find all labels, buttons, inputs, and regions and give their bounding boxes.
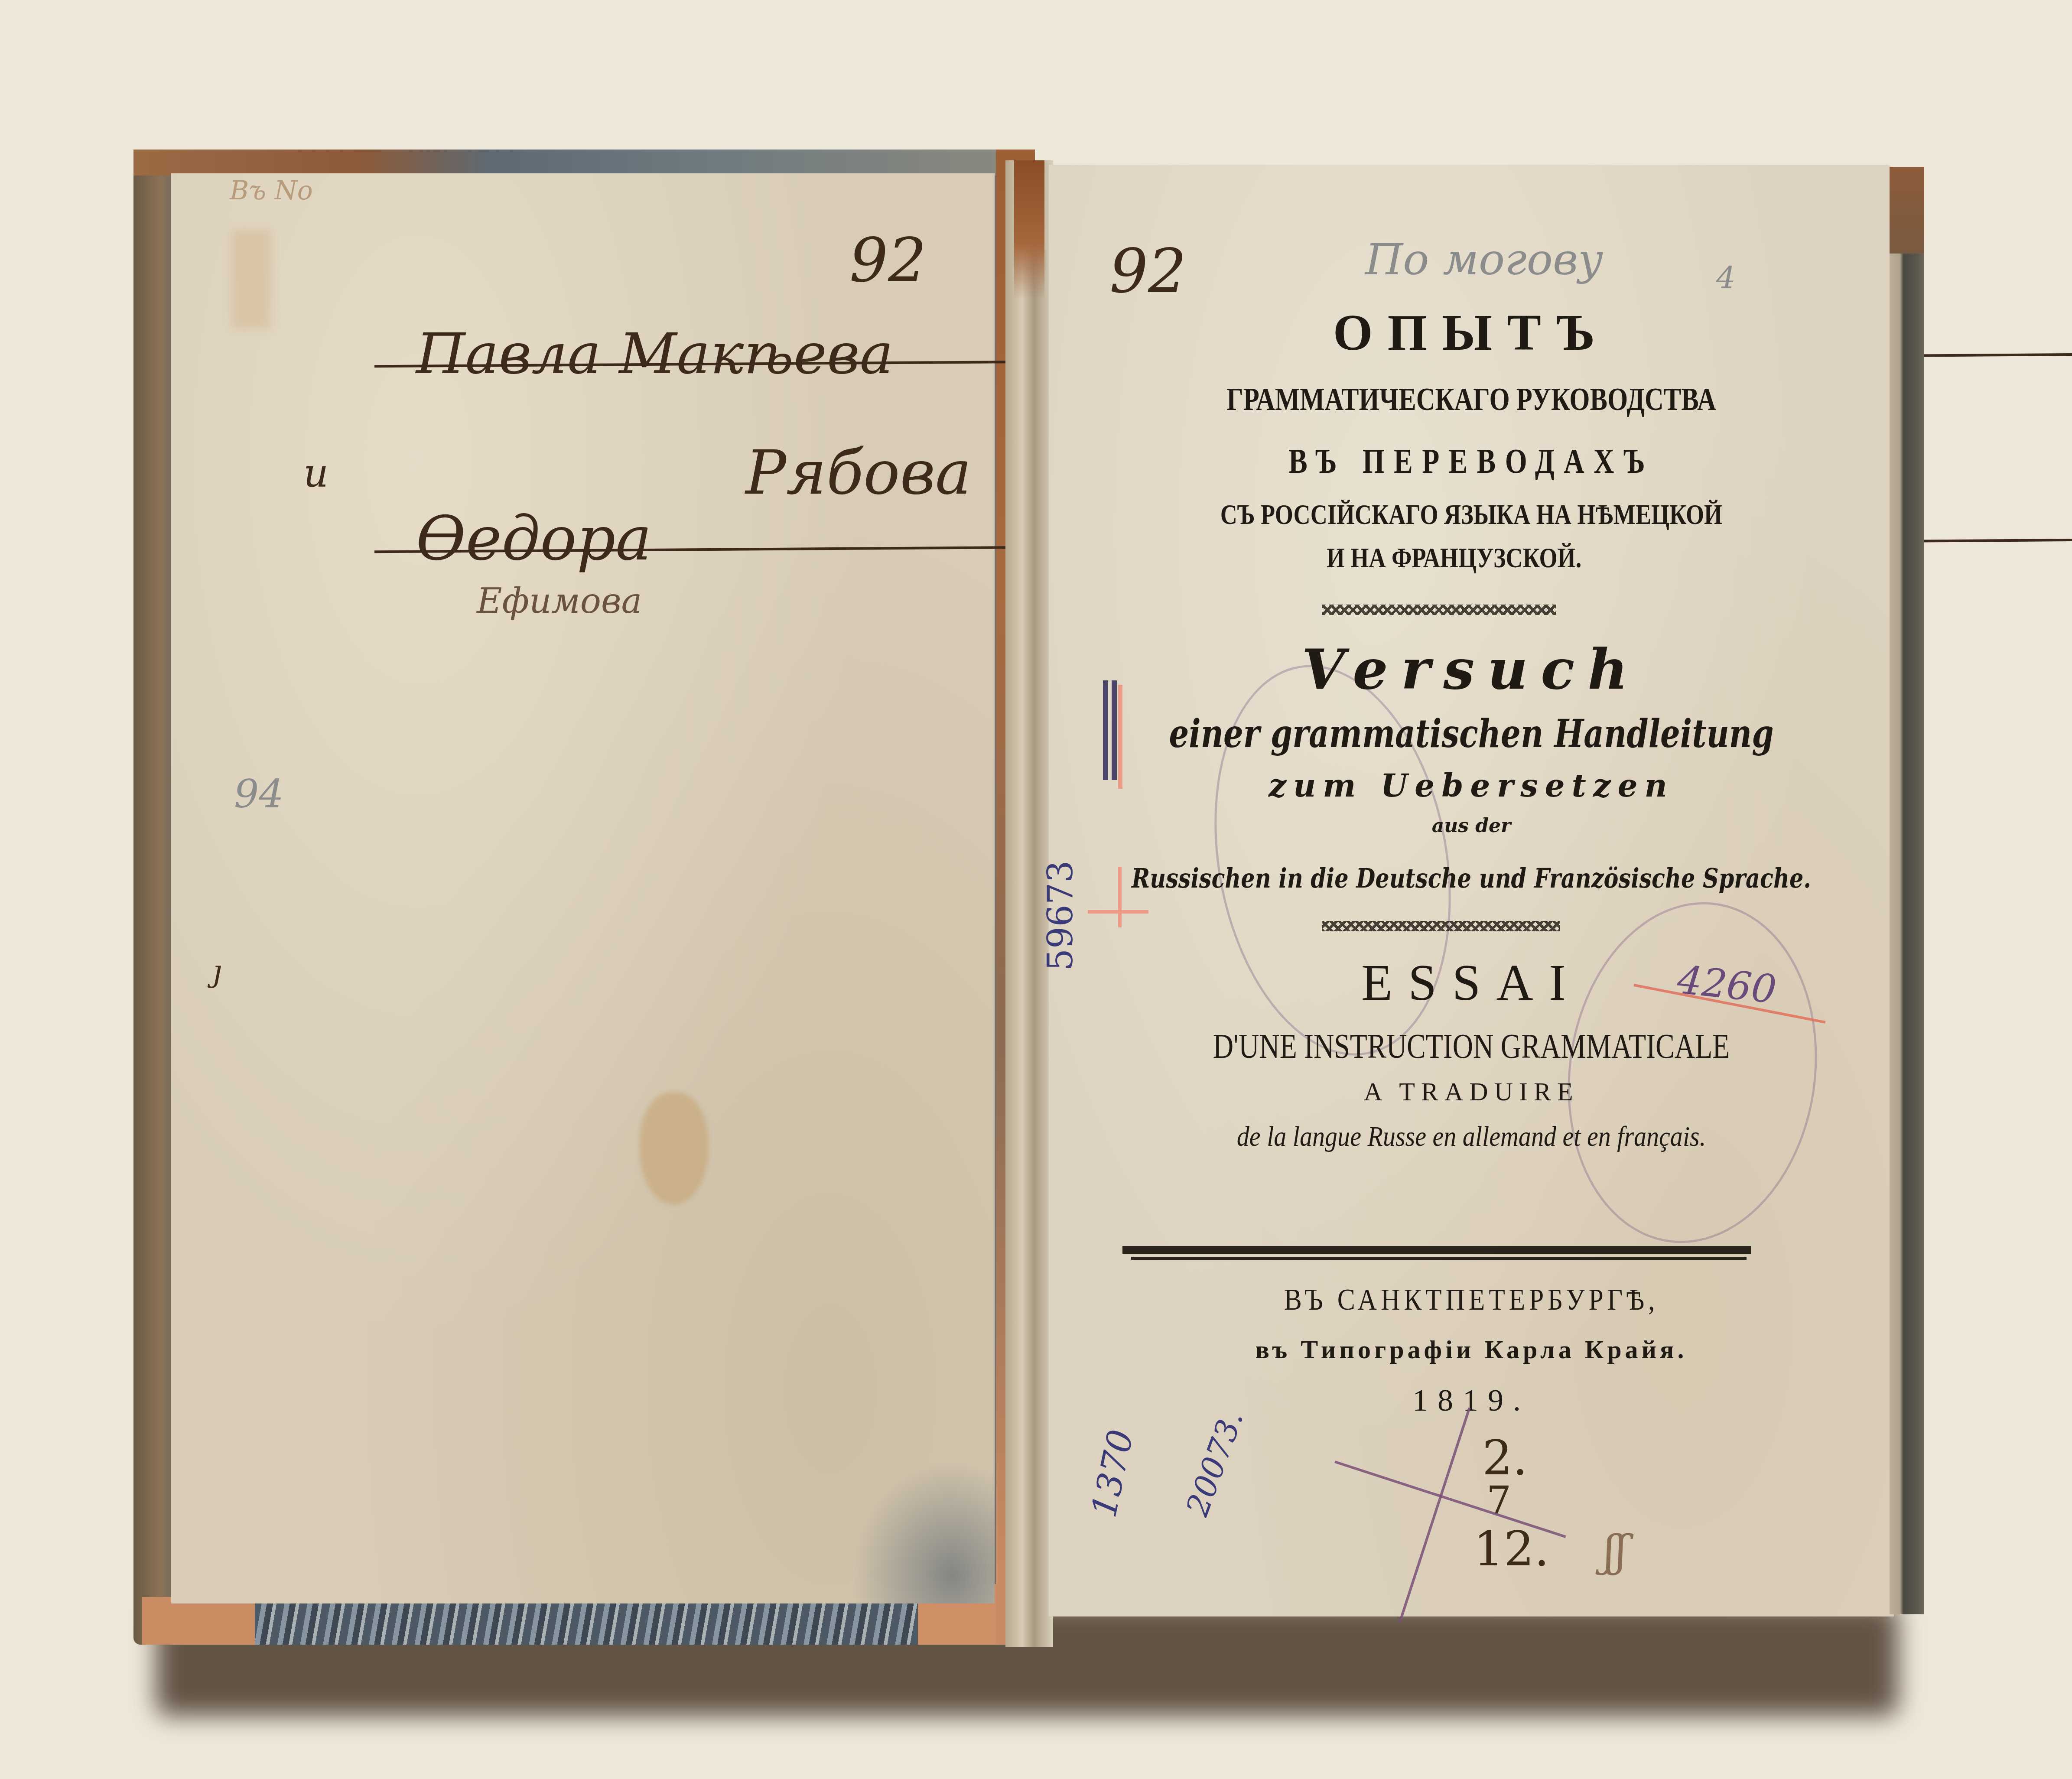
margin-vertical-number: 59673	[1040, 861, 1080, 971]
glue-stain	[232, 230, 271, 329]
fraction-top: 2.	[1482, 1430, 1528, 1486]
german-subtitle-1: einer grammatischen Handleitung	[1133, 711, 1809, 757]
margin-strike-red	[1118, 685, 1122, 789]
stray-ink-mark: ȷ	[212, 953, 222, 989]
french-subtitle-3: de la langue Russe en allemand et en fra…	[1099, 1120, 1843, 1153]
corner-note: Въ No	[230, 176, 313, 206]
ornamental-rule-1	[1322, 605, 1556, 615]
imprint-year: 1819.	[1049, 1382, 1894, 1418]
pencil-corner-number: 4	[1716, 260, 1736, 296]
right-cover-edge	[1890, 167, 1924, 1614]
fraction-bottom: 12.	[1473, 1521, 1549, 1577]
spine-leather-tear	[1014, 160, 1044, 299]
german-title: Versuch	[1049, 637, 1894, 702]
margin-strike-blue-2	[1112, 680, 1117, 780]
owner-patronymic: Ефимова	[477, 581, 642, 621]
russian-title: ОПЫТЪ	[1049, 303, 1894, 362]
pencil-inscription: По могову	[1365, 234, 1603, 285]
russian-subtitle-1: ГРАММАТИЧЕСКАГО РУКОВОДСТВА	[1125, 381, 1818, 418]
owner-prefix: и	[303, 451, 329, 496]
left-pastedown-page	[171, 173, 995, 1603]
double-rule-thin	[1131, 1257, 1747, 1260]
cover-leather-top	[133, 150, 1035, 176]
double-rule-thick	[1122, 1246, 1751, 1254]
margin-strike-blue-1	[1103, 680, 1108, 780]
scribble-right: ʃʃ	[1604, 1525, 1627, 1576]
german-subtitle-3: aus der	[1049, 815, 1894, 837]
marble-bleed-through	[852, 1460, 995, 1603]
red-cross-vertical	[1118, 867, 1122, 927]
imprint-city: ВЪ САНКТПЕТЕРБУРГѢ,	[1099, 1283, 1843, 1317]
russian-subtitle-3: СЪ РОССІЙСКАГО ЯЗЫКА НА НѢМЕЦКОЙ	[1125, 498, 1818, 531]
ornamental-rule-2	[1322, 921, 1560, 931]
pencil-mark-left: 94	[234, 771, 284, 817]
german-subtitle-2: zum Uebersetzen	[1049, 767, 1894, 804]
imprint-printer: въ Типографіи Карла Крайя.	[1049, 1335, 1894, 1365]
owner-last-name: Рябова	[745, 438, 972, 508]
cover-corner-bottom-left	[142, 1597, 255, 1645]
french-subtitle-1: D'UNE INSTRUCTION GRAMMATICALE	[1125, 1027, 1818, 1067]
right-cover-leather	[1890, 167, 1924, 254]
library-stamp-oval	[1546, 886, 1838, 1259]
german-subtitle-4: Russischen in die Deutsche und Französis…	[1125, 862, 1818, 894]
russian-subtitle-2: ВЪ ПЕРЕВОДАХЪ	[1125, 442, 1818, 481]
french-subtitle-2: A TRADUIRE	[1049, 1077, 1894, 1107]
russian-subtitle-4: И НА ФРАНЦУЗСКОЙ.	[1108, 542, 1801, 575]
marbled-paper-bottom	[255, 1597, 966, 1645]
shelf-number-left: 92	[849, 225, 927, 296]
water-stain	[639, 1092, 709, 1205]
shelf-number-right: 92	[1109, 236, 1187, 307]
